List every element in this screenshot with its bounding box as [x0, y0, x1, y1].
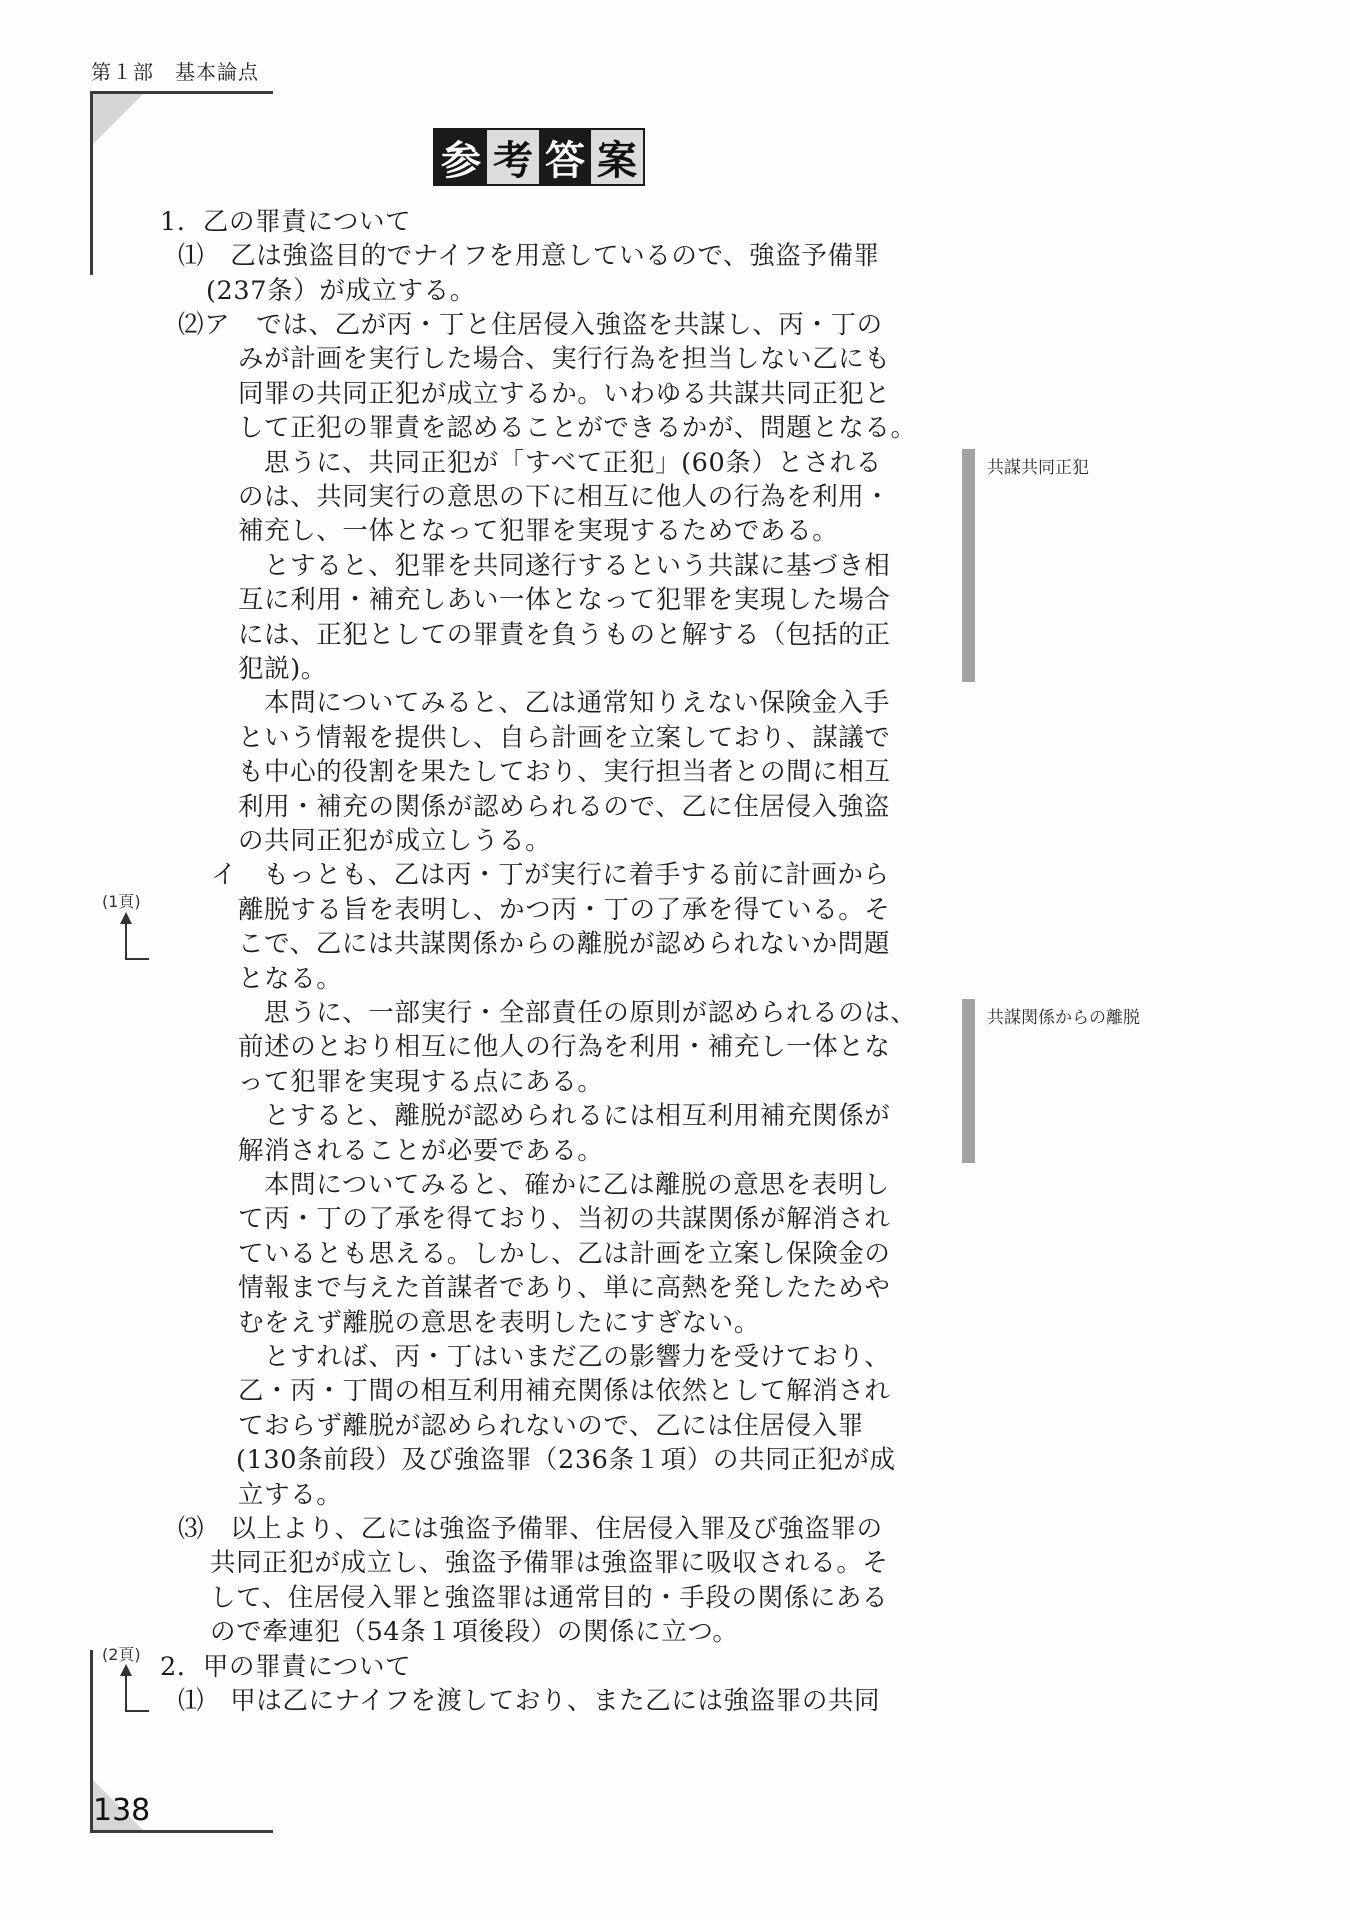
- text-line: して正犯の罪責を認めることができるかが、問題となる。: [238, 411, 917, 445]
- text-line: 乙・丙・丁間の相互利用補充関係は依然として解消され: [238, 1374, 891, 1408]
- text-line: 思うに、共同正犯が「すべて正犯」(60条）とされる: [264, 446, 882, 480]
- text-line: こで、乙には共謀関係からの離脱が認められないか問題: [238, 927, 890, 961]
- text-line: むをえず離脱の意思を表明したにすぎない。: [238, 1306, 760, 1340]
- text-line: 利用・補充の関係が認められるので、乙に住居侵入強盗: [238, 790, 890, 824]
- text-line: (237条）が成立する。: [206, 274, 476, 308]
- section-title-box: 参 考 答 案: [433, 128, 645, 186]
- text-line: イ もっとも、乙は丙・丁が実行に着手する前に計画から: [211, 858, 890, 892]
- text-line: 補充し、一体となって犯罪を実現するためである。: [238, 514, 838, 548]
- corner-triangle-top: [93, 94, 143, 144]
- text-line: (130条前段）及び強盗罪（236条１項）の共同正犯が成: [236, 1443, 896, 1477]
- text-line: とすると、離脱が認められるには相互利用補充関係が: [264, 1099, 890, 1133]
- title-char: 参: [435, 130, 487, 184]
- text-line: して、住居侵入罪と強盗罪は通常目的・手段の関係にある: [210, 1581, 888, 1615]
- text-line: とすれば、丙・丁はいまだ乙の影響力を受けており、: [264, 1340, 890, 1374]
- text-line: ⑴ 乙は強盗目的でナイフを用意しているので、強盗予備罪: [178, 239, 880, 273]
- page-ref-label: (2頁): [102, 1642, 141, 1665]
- page-ref-arrow-icon: [125, 1666, 155, 1712]
- page-ref-label: (1頁): [102, 889, 141, 912]
- text-line: 互に利用・補充しあい一体となって犯罪を実現した場合: [238, 583, 891, 617]
- text-line: 立する。: [238, 1478, 342, 1512]
- running-head: 第１部 基本論点: [91, 56, 259, 85]
- heading-2: 2．甲の罪責について: [160, 1650, 411, 1684]
- text-line: みが計画を実行した場合、実行行為を担当しない乙にも: [238, 342, 891, 376]
- margin-bar: [962, 449, 975, 682]
- text-line: も中心的役割を果たしており、実行担当者との間に相互: [238, 755, 891, 789]
- text-line: 離脱する旨を表明し、かつ丙・丁の了承を得ている。そ: [238, 893, 891, 927]
- margin-note-conspiracy: 共謀共同正犯: [987, 453, 1089, 478]
- text-line: の共同正犯が成立しうる。: [238, 824, 551, 858]
- title-char: 案: [591, 130, 643, 184]
- text-line: 情報まで与えた首謀者であり、単に高熱を発したためや: [238, 1271, 891, 1305]
- text-line: とすると、犯罪を共同遂行するという共謀に基づき相: [264, 549, 890, 583]
- text-line: となる。: [238, 962, 342, 996]
- margin-note-withdrawal: 共謀関係からの離脱: [987, 1003, 1140, 1028]
- text-line: ⑵ア では、乙が丙・丁と住居侵入強盗を共謀し、丙・丁の: [178, 308, 883, 342]
- margin-bar: [962, 999, 975, 1163]
- text-line: て丙・丁の了承を得ており、当初の共謀関係が解消され: [238, 1202, 891, 1236]
- page-number: 138: [93, 1793, 150, 1828]
- frame-bottom-rule: [90, 1830, 273, 1833]
- text-line: ⑴ 甲は乙にナイフを渡しており、また乙には強盗罪の共同: [178, 1684, 880, 1718]
- text-line: 同罪の共同正犯が成立するか。いわゆる共謀共同正犯と: [238, 377, 891, 411]
- text-line: のは、共同実行の意思の下に相互に他人の行為を利用・: [238, 480, 891, 514]
- text-line: 本問についてみると、乙は通常知りえない保険金入手: [264, 686, 890, 720]
- title-char: 考: [487, 130, 539, 184]
- text-line: 前述のとおり相互に他人の行為を利用・補充し一体とな: [238, 1030, 891, 1064]
- text-line: 解消されることが必要である。: [238, 1134, 603, 1168]
- text-line: ているとも思える。しかし、乙は計画を立案し保険金の: [238, 1237, 891, 1271]
- heading-1: 1．乙の罪責について: [160, 205, 411, 239]
- text-line: 共同正犯が成立し、強盗予備罪は強盗罪に吸収される。そ: [210, 1546, 889, 1580]
- text-line: ておらず離脱が認められないので、乙には住居侵入罪: [238, 1409, 864, 1443]
- text-line: 思うに、一部実行・全部責任の原則が認められるのは、: [264, 996, 917, 1030]
- text-line: ⑶ 以上より、乙には強盗予備罪、住居侵入罪及び強盗罪の: [178, 1512, 883, 1546]
- text-line: という情報を提供し、自ら計画を立案しており、謀議で: [238, 721, 891, 755]
- page-ref-arrow-icon: [125, 914, 155, 960]
- title-char: 答: [539, 130, 591, 184]
- text-line: 犯説)。: [238, 652, 327, 686]
- text-line: には、正犯としての罪責を負うものと解する（包括的正: [238, 618, 891, 652]
- text-line: 本問についてみると、確かに乙は離脱の意思を表明し: [264, 1168, 890, 1202]
- text-line: って犯罪を実現する点にある。: [238, 1065, 603, 1099]
- text-line: ので牽連犯（54条１項後段）の関係に立つ。: [210, 1615, 739, 1649]
